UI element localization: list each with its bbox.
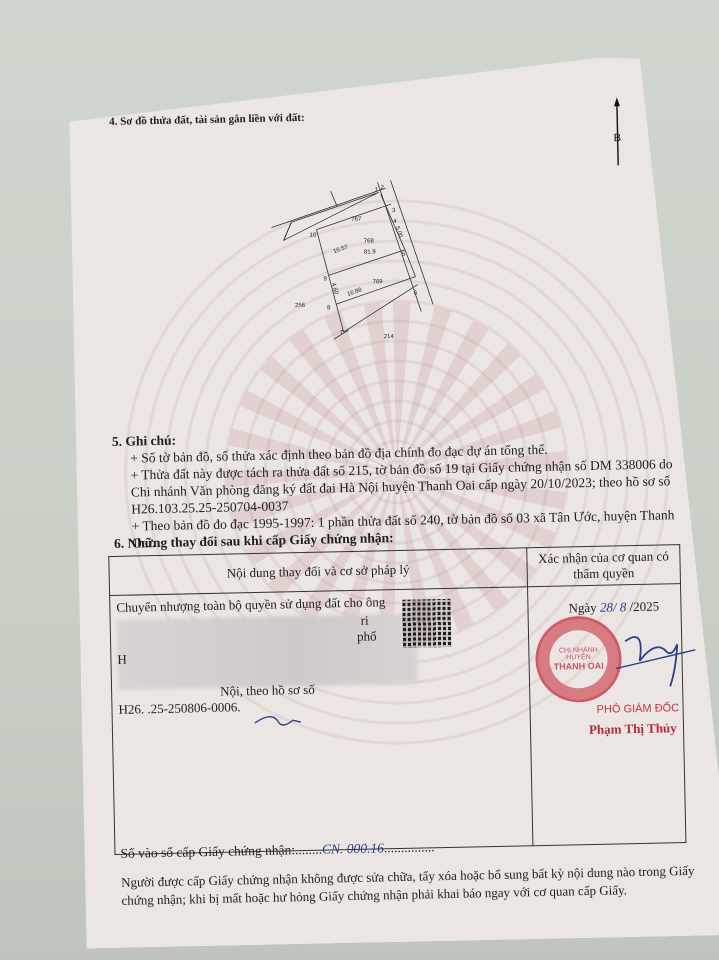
- partial-text: ri: [361, 613, 369, 629]
- partial-text: phố: [357, 628, 377, 644]
- record-number: H26. .25-250806-0006.: [118, 699, 240, 718]
- date-handwritten: 28/ 8: [600, 599, 627, 615]
- date-year: /2025: [629, 599, 659, 615]
- north-arrow-icon: B: [609, 97, 626, 167]
- confirmation-date: Ngày 28/ 8 /2025: [568, 599, 659, 617]
- vertex-6: 6: [414, 291, 418, 297]
- parcel-768: 768: [364, 238, 375, 244]
- registry-dots: ...............: [384, 839, 435, 855]
- confirmation-cell: Ngày 28/ 8 /2025 CHI NHÁNH HUYỆN THANH O…: [528, 584, 686, 846]
- qr-code-icon: [402, 599, 451, 648]
- vertex-3: 3: [392, 208, 396, 214]
- header-confirmation: Xác nhận của cơ quan có thẩm quyền: [527, 545, 681, 587]
- parcel-256: 256: [295, 303, 306, 309]
- parcel-214: 214: [384, 334, 395, 340]
- initials-signature-icon: [253, 710, 303, 731]
- certificate-page: 4. Sơ đồ thửa đất, tài sản gắn liền với …: [68, 55, 719, 948]
- change-content-cell: Chuyển nhượng toàn bộ quyền sử dụng đất …: [110, 587, 533, 855]
- vertex-10: 10: [310, 233, 317, 239]
- partial-text: Nội, theo hồ sơ số: [220, 682, 315, 700]
- dimension-top: 16.57: [333, 244, 350, 255]
- partial-text: H: [117, 652, 127, 668]
- vertex-5: 5: [402, 252, 406, 258]
- stamp-line: THANH OAI: [539, 660, 619, 672]
- vertex-2: 2: [381, 185, 385, 191]
- land-plot-diagram: 1 2 3 4 5 6 7 8 9 10 767 768 81.9 769 25…: [270, 179, 454, 353]
- notes-section: 5. Ghi chú: + Số tờ bản đồ, số thửa xác …: [112, 421, 689, 552]
- svg-text:B: B: [614, 132, 622, 144]
- parcel-767: 767: [351, 217, 362, 223]
- change-line-1: Chuyển nhượng toàn bộ quyền sử dụng đất …: [116, 591, 521, 615]
- signature-icon: [615, 630, 696, 692]
- signer-name: Phạm Thị Thủy: [589, 720, 677, 738]
- vertex-4: 4: [393, 219, 397, 225]
- changes-table: Nội dung thay đổi và cơ sở pháp lý Xác n…: [108, 544, 686, 855]
- dimension-bottom: 16.88: [347, 287, 364, 298]
- registry-value: CN. 000.16: [322, 840, 384, 856]
- dimension-right: 5.00: [394, 226, 404, 240]
- vertex-9: 9: [323, 276, 327, 282]
- dimension-left: 4.60: [330, 282, 339, 296]
- redacted-area: [117, 614, 418, 690]
- signer-role: PHÓ GIÁM ĐỐC: [596, 702, 679, 716]
- section4-title: 4. Sơ đồ thửa đất, tài sản gắn liền với …: [109, 112, 305, 128]
- vertex-8: 8: [327, 305, 331, 311]
- parcel-769: 769: [373, 279, 384, 285]
- footer-warning: Người được cấp Giấy chứng nhận không đượ…: [121, 862, 702, 910]
- registry-label: Số vào sổ cấp Giấy chứng nhận:........: [120, 842, 322, 861]
- official-stamp: CHI NHÁNH HUYỆN THANH OAI: [535, 615, 623, 703]
- date-prefix: Ngày: [568, 600, 596, 616]
- parcel-area: 81.9: [364, 249, 376, 255]
